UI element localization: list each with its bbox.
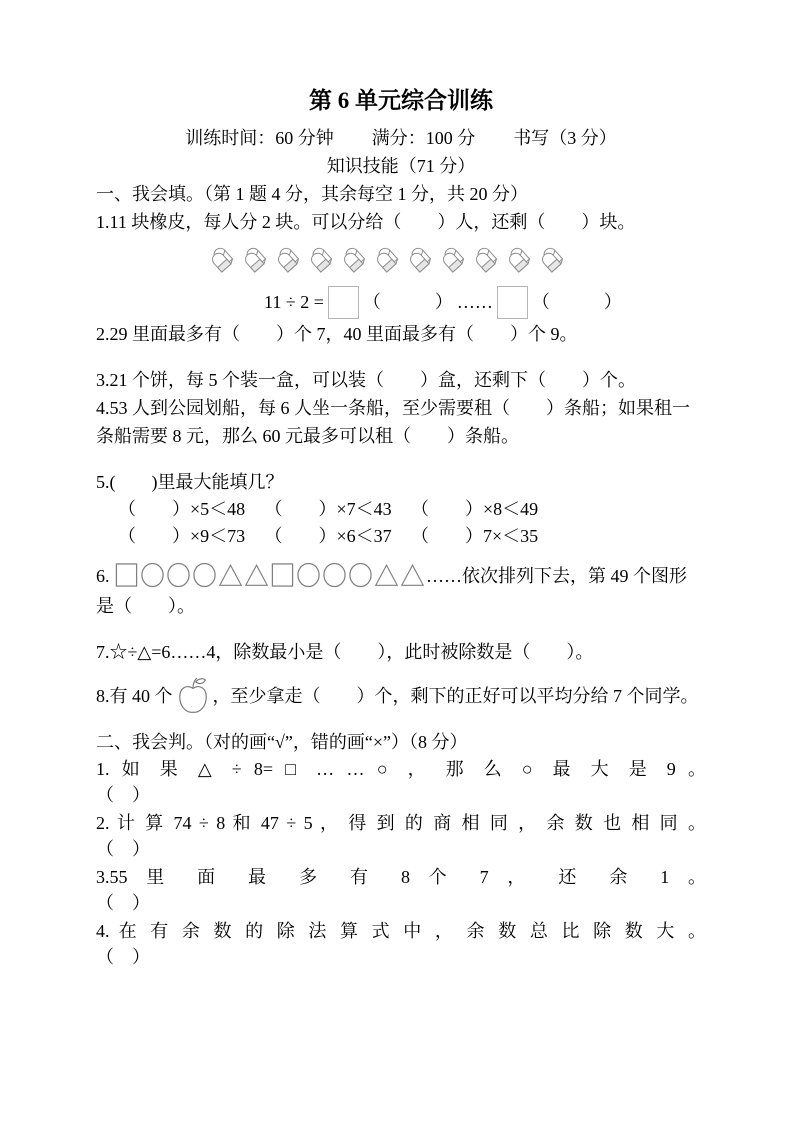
judge-item-2: 2. 计 算 74 ÷ 8 和 47 ÷ 5 ， 得 到 的 商 相 同 ， 余… [96, 810, 706, 836]
eraser-icon [406, 245, 436, 278]
full-score-label: 满分：100 分 [372, 124, 476, 152]
question-8-text: 8.有 40 个 ，至少拿走（ ）个，剩下的正好可以平均分给 7 个同学。 [96, 676, 706, 718]
eraser-icon [538, 245, 568, 278]
eraser-icon [307, 245, 337, 278]
judge-item-4: 4. 在 有 余 数 的 除 法 算 式 中 ， 余 数 总 比 除 数 大 。 [96, 918, 706, 944]
question-5-row-2: （ ）×9＜73 （ ）×6＜37 （ ）7×＜35 [96, 523, 706, 550]
eraser-icon [439, 245, 469, 278]
equation-lhs: 11 ÷ 2 = [264, 288, 324, 316]
shape-sequence [114, 566, 426, 586]
question-4-text: 4.53 人到公园划船，每 6 人坐一条船，至少需要租（ ）条船；如果租一条船需… [96, 394, 706, 450]
worksheet-page: 第 6 单元综合训练 训练时间：60 分钟 满分：100 分 书写（3 分） 知… [0, 0, 794, 1123]
answer-box-quotient [328, 286, 359, 319]
question-6-text: ……依次排列下去，第 49 个图形 [426, 566, 687, 586]
judge-blank-4: （ ） [96, 944, 706, 970]
q5-item: （ ）×7＜43 [265, 496, 407, 523]
question-6-line-2: 是（ ）。 [96, 592, 706, 620]
q5-item: （ ）×5＜48 [118, 496, 260, 523]
eraser-icon [208, 245, 238, 278]
q5-item: （ ）×8＜49 [411, 496, 538, 523]
eraser-icon [274, 245, 304, 278]
eraser-icon [472, 245, 502, 278]
eraser-icon [340, 245, 370, 278]
answer-box-remainder [497, 286, 528, 319]
circle-icon [348, 561, 373, 589]
question-1-equation: 11 ÷ 2 = （ ） …… （ ） [96, 284, 706, 320]
q5-item: （ ）×6＜37 [265, 523, 407, 550]
equation-remainder-dots: …… [457, 288, 493, 316]
question-5-row-1: （ ）×5＜48 （ ）×7＜43 （ ）×8＜49 [96, 496, 706, 523]
question-1-text: 1.11 块橡皮，每人分 2 块。可以分给（ ）人，还剩（ ）块。 [96, 208, 706, 236]
question-6-line-1: 6. ……依次排列下去，第 49 个图形 [96, 560, 706, 592]
page-title: 第 6 单元综合训练 [96, 86, 706, 116]
triangle-icon [218, 561, 243, 589]
equation-blank-1: （ ） [363, 288, 453, 316]
eraser-row [96, 242, 706, 280]
circle-icon [296, 561, 321, 589]
judge-item-3: 3.55 里 面 最 多 有 8 个 7 ， 还 余 1 。 [96, 864, 706, 890]
training-time-label: 训练时间：60 分钟 [185, 124, 334, 152]
square-icon [270, 561, 295, 589]
section-two-heading: 二、我会判。（对的画“√”，错的画“×”）（8 分） [96, 728, 706, 756]
judge-item-1: 1. 如 果 △ ÷ 8= □ … … ○ ， 那 么 ○ 最 大 是 9 。 [96, 756, 706, 782]
circle-icon [322, 561, 347, 589]
eraser-icon [505, 245, 535, 278]
eraser-icon [373, 245, 403, 278]
q5-item: （ ）×9＜73 [118, 523, 260, 550]
question-3-text: 3.21 个饼，每 5 个装一盒，可以装（ ）盒，还剩下（ ）个。 [96, 366, 706, 394]
judge-blank-3: （ ） [96, 890, 706, 916]
section-one-heading: 一、我会填。（第 1 题 4 分，其余每空 1 分，共 20 分） [96, 180, 706, 208]
judge-blank-1: （ ） [96, 782, 706, 808]
q5-item: （ ）7×＜35 [411, 523, 538, 550]
judge-blank-2: （ ） [96, 836, 706, 862]
circle-icon [192, 561, 217, 589]
circle-icon [166, 561, 191, 589]
equation-blank-2: （ ） [532, 288, 622, 316]
writing-score-label: 书写（3 分） [513, 124, 617, 152]
eraser-icon [241, 245, 271, 278]
triangle-icon [244, 561, 269, 589]
question-2-text: 2.29 里面最多有（ ）个 7，40 里面最多有（ ）个 9。 [96, 320, 706, 348]
circle-icon [140, 561, 165, 589]
meta-line: 训练时间：60 分钟 满分：100 分 书写（3 分） [96, 124, 706, 152]
square-icon [114, 561, 139, 589]
apple-icon [175, 676, 211, 718]
skills-heading: 知识技能（71 分） [96, 152, 706, 180]
triangle-icon [400, 561, 425, 589]
question-5-heading: 5.( )里最大能填几？ [96, 468, 706, 496]
question-7-text: 7.☆÷△=6……4，除数最小是（ ），此时被除数是（ ）。 [96, 638, 706, 666]
triangle-icon [374, 561, 399, 589]
question-6-number: 6. [96, 566, 110, 586]
